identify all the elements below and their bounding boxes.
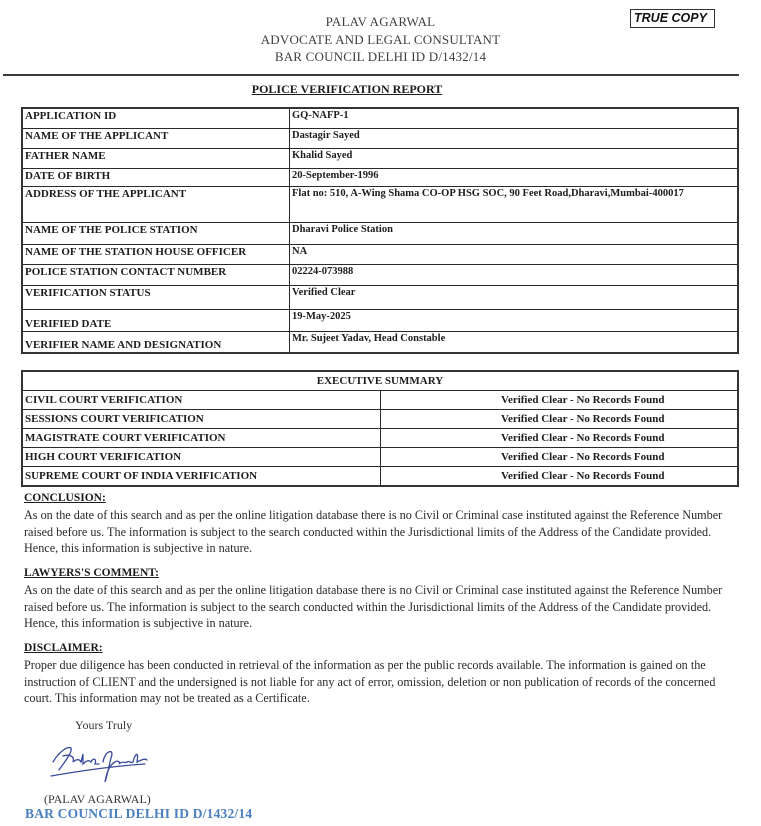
summary-row: MAGISTRATE COURT VERIFICATIONVerified Cl…	[22, 429, 738, 448]
summary-label: HIGH COURT VERIFICATION	[22, 448, 380, 467]
details-label: FATHER NAME	[22, 148, 290, 168]
disclaimer-text: Proper due diligence has been conducted …	[24, 657, 736, 707]
advocate-title: ADVOCATE AND LEGAL CONSULTANT	[0, 31, 761, 49]
summary-heading-row: EXECUTIVE SUMMARY	[22, 371, 738, 391]
signature-icon	[45, 740, 155, 785]
details-label: NAME OF THE STATION HOUSE OFFICER	[22, 244, 290, 264]
details-row: VERIFIED DATE19-May-2025	[22, 309, 738, 331]
details-label: DATE OF BIRTH	[22, 168, 290, 186]
summary-status: Verified Clear - No Records Found	[380, 429, 738, 448]
details-value: 02224-073988	[290, 264, 739, 285]
details-value: Dastagir Sayed	[290, 128, 739, 148]
lawyers-comment-section: LAWYERS'S COMMENT: As on the date of thi…	[24, 567, 736, 632]
details-label: NAME OF THE APPLICANT	[22, 128, 290, 148]
details-value: 19-May-2025	[290, 309, 739, 331]
conclusion-heading: CONCLUSION:	[24, 492, 736, 505]
lawyers-comment-text: As on the date of this search and as per…	[24, 582, 736, 632]
details-value: Verified Clear	[290, 285, 739, 309]
summary-row: SUPREME COURT OF INDIA VERIFICATIONVerif…	[22, 467, 738, 487]
lawyers-comment-heading: LAWYERS'S COMMENT:	[24, 567, 736, 580]
summary-row: CIVIL COURT VERIFICATIONVerified Clear -…	[22, 391, 738, 410]
details-label: NAME OF THE POLICE STATION	[22, 222, 290, 244]
details-row: DATE OF BIRTH20-September-1996	[22, 168, 738, 186]
summary-heading: EXECUTIVE SUMMARY	[22, 371, 738, 391]
details-row: POLICE STATION CONTACT NUMBER02224-07398…	[22, 264, 738, 285]
details-row: NAME OF THE STATION HOUSE OFFICERNA	[22, 244, 738, 264]
summary-row: HIGH COURT VERIFICATIONVerified Clear - …	[22, 448, 738, 467]
signatory-name: (PALAV AGARWAL)	[44, 792, 151, 807]
summary-label: SUPREME COURT OF INDIA VERIFICATION	[22, 467, 380, 487]
details-label: VERIFIER NAME AND DESIGNATION	[22, 331, 290, 353]
signatory-bar-id: BAR COUNCIL DELHI ID D/1432/14	[25, 806, 252, 822]
conclusion-section: CONCLUSION: As on the date of this searc…	[24, 492, 736, 557]
details-row: APPLICATION IDGQ-NAFP-1	[22, 108, 738, 128]
details-value: GQ-NAFP-1	[290, 108, 739, 128]
details-label: VERIFICATION STATUS	[22, 285, 290, 309]
details-row: VERIFIER NAME AND DESIGNATIONMr. Sujeet …	[22, 331, 738, 353]
details-label: ADDRESS OF THE APPLICANT	[22, 186, 290, 222]
details-value: Mr. Sujeet Yadav, Head Constable	[290, 331, 739, 353]
details-row: FATHER NAMEKhalid Sayed	[22, 148, 738, 168]
details-label: APPLICATION ID	[22, 108, 290, 128]
details-row: VERIFICATION STATUSVerified Clear	[22, 285, 738, 309]
summary-label: SESSIONS COURT VERIFICATION	[22, 410, 380, 429]
executive-summary-table: EXECUTIVE SUMMARY CIVIL COURT VERIFICATI…	[21, 370, 739, 487]
details-label: POLICE STATION CONTACT NUMBER	[22, 264, 290, 285]
details-value: 20-September-1996	[290, 168, 739, 186]
details-value: Khalid Sayed	[290, 148, 739, 168]
summary-status: Verified Clear - No Records Found	[380, 410, 738, 429]
details-value: Flat no: 510, A-Wing Shama CO-OP HSG SOC…	[290, 186, 739, 222]
details-value: NA	[290, 244, 739, 264]
summary-status: Verified Clear - No Records Found	[380, 391, 738, 410]
summary-row: SESSIONS COURT VERIFICATIONVerified Clea…	[22, 410, 738, 429]
disclaimer-heading: DISCLAIMER:	[24, 642, 736, 655]
disclaimer-section: DISCLAIMER: Proper due diligence has bee…	[24, 642, 736, 707]
details-label: VERIFIED DATE	[22, 309, 290, 331]
summary-status: Verified Clear - No Records Found	[380, 467, 738, 487]
summary-status: Verified Clear - No Records Found	[380, 448, 738, 467]
advocate-bar-id: BAR COUNCIL DELHI ID D/1432/14	[0, 48, 761, 66]
closing-text: Yours Truly	[75, 718, 132, 733]
true-copy-stamp: TRUE COPY	[630, 9, 715, 28]
details-value: Dharavi Police Station	[290, 222, 739, 244]
summary-label: CIVIL COURT VERIFICATION	[22, 391, 380, 410]
details-row: NAME OF THE POLICE STATIONDharavi Police…	[22, 222, 738, 244]
conclusion-text: As on the date of this search and as per…	[24, 507, 736, 557]
header-divider	[3, 74, 739, 76]
details-row: ADDRESS OF THE APPLICANTFlat no: 510, A-…	[22, 186, 738, 222]
details-row: NAME OF THE APPLICANTDastagir Sayed	[22, 128, 738, 148]
summary-label: MAGISTRATE COURT VERIFICATION	[22, 429, 380, 448]
applicant-details-table: APPLICATION IDGQ-NAFP-1NAME OF THE APPLI…	[21, 107, 739, 354]
report-title: POLICE VERIFICATION REPORT	[0, 82, 694, 97]
